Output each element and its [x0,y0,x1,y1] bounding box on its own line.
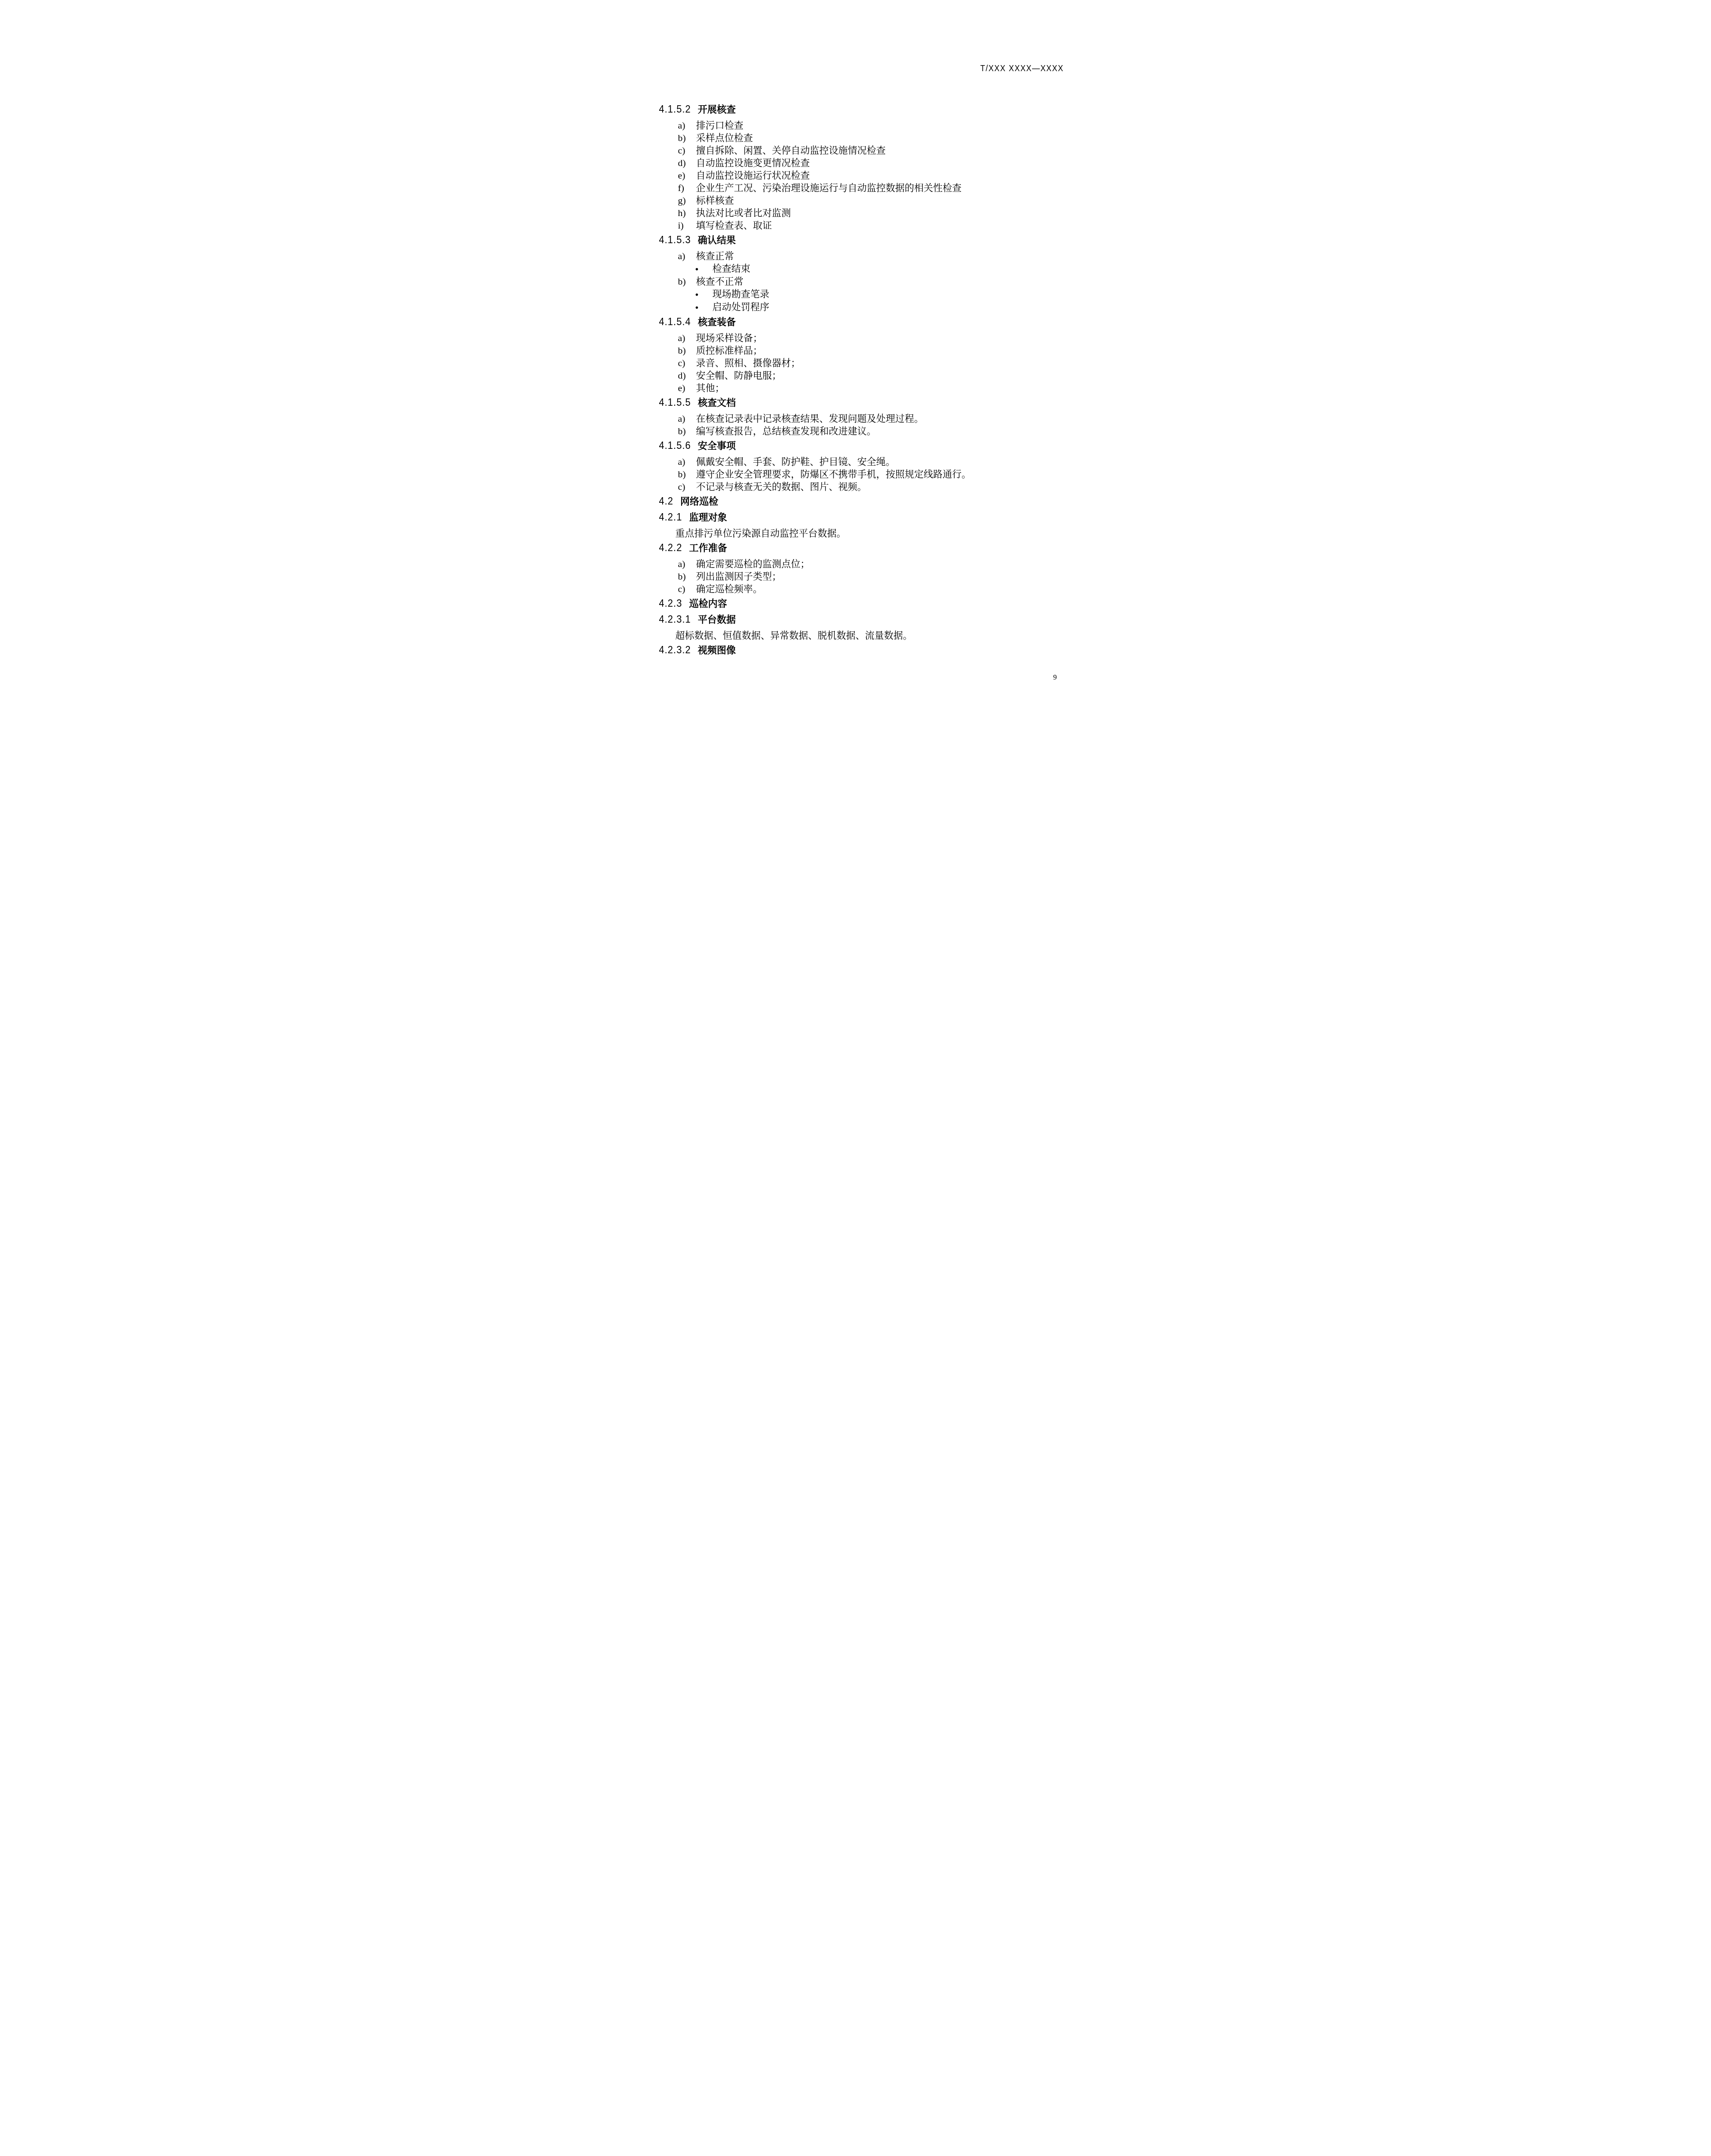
list-item: e)其他； [659,382,1078,394]
clause-number: 4.2 [659,495,674,508]
bullet-item: ●现场勘查笔录 [659,288,1078,301]
clause-heading-423: 4.2.3巡检内容 [659,597,1078,610]
list-item-label: i) [678,219,696,232]
list-item-label: e) [678,382,696,394]
list-item-label: a) [678,332,696,344]
clause-heading-4155: 4.1.5.5核查文档 [659,396,1078,409]
bullet-icon: ● [695,288,713,301]
list-item-text: 自动监控设施运行状况检查 [696,170,810,181]
clause-title: 开展核查 [698,104,736,115]
clause-number: 4.1.5.5 [659,396,691,409]
clause-number: 4.2.3.1 [659,613,691,626]
list-item: a)确定需要巡检的监测点位； [659,558,1078,570]
list-item: b)核查不正常 [659,275,1078,288]
bullet-item-text: 现场勘查笔录 [713,288,769,299]
clause-number: 4.1.5.6 [659,439,691,452]
list-item-text: 确定需要巡检的监测点位； [696,558,810,569]
standard-code: T/XXX XXXX—XXXX [599,63,1064,73]
list-item-label: h) [678,207,696,219]
list-item-label: b) [678,132,696,144]
list-item: a)在核查记录表中记录核查结果、发现问题及处理过程。 [659,412,1078,425]
bullet-icon: ● [695,263,713,275]
bullet-item-text: 启动处罚程序 [713,301,769,312]
list-item-label: g) [678,194,696,207]
list-item: a)核查正常 [659,250,1078,262]
list-item: f)企业生产工况、污染治理设施运行与自动监控数据的相关性检查 [659,182,1078,194]
body-paragraph: 超标数据、恒值数据、异常数据、脱机数据、流量数据。 [659,629,1078,642]
clause-heading-4156: 4.1.5.6安全事项 [659,439,1078,452]
list-item-text: 核查正常 [696,251,734,261]
list-item: d)安全帽、防静电服； [659,369,1078,382]
list-item-text: 安全帽、防静电服； [696,370,782,381]
list-item-label: d) [678,157,696,169]
list-item-label: c) [678,480,696,493]
clause-heading-42: 4.2网络巡检 [659,495,1078,508]
list-item-label: a) [678,412,696,425]
list-item-text: 采样点位检查 [696,132,753,143]
list-item-label: a) [678,250,696,262]
clause-number: 4.1.5.4 [659,315,691,328]
list-item-text: 列出监测因子类型； [696,571,782,582]
clause-title: 平台数据 [698,614,736,625]
clause-heading-4232: 4.2.3.2视频图像 [659,644,1078,656]
list-item-text: 排污口检查 [696,120,744,131]
list-item-text: 录音、照相、摄像器材； [696,357,801,368]
list-item-text: 遵守企业安全管理要求，防爆区不携带手机，按照规定线路通行。 [696,469,971,479]
clause-title: 巡检内容 [689,598,727,609]
list-item-label: a) [678,455,696,468]
clause-number: 4.2.1 [659,511,682,523]
list-item: b)遵守企业安全管理要求，防爆区不携带手机，按照规定线路通行。 [659,468,1078,480]
list-item: c)擅自拆除、闲置、关停自动监控设施情况检查 [659,144,1078,157]
list-item-text: 执法对比或者比对监测 [696,207,791,218]
clause-number: 4.2.2 [659,541,682,554]
list-item-label: a) [678,119,696,132]
list-item: b)质控标准样品； [659,344,1078,357]
body-paragraph: 重点排污单位污染源自动监控平台数据。 [659,527,1078,539]
list-item: i)填写检查表、取证 [659,219,1078,232]
clause-heading-4231: 4.2.3.1平台数据 [659,613,1078,626]
list-item: b)编写核查报告，总结核查发现和改进建议。 [659,425,1078,437]
page-number: 9 [1053,673,1057,682]
list-item-label: d) [678,369,696,382]
list-item-text: 标样核查 [696,195,734,206]
list-item: g)标样核查 [659,194,1078,207]
list-item-text: 不记录与核查无关的数据、图片、视频。 [696,481,867,492]
list-item-label: a) [678,558,696,570]
list-item-text: 质控标准样品； [696,345,763,356]
bullet-item: ●检查结束 [659,262,1078,275]
list-item-text: 擅自拆除、闲置、关停自动监控设施情况检查 [696,145,886,156]
bullet-icon: ● [695,301,713,313]
list-item-label: c) [678,144,696,157]
clause-title: 安全事项 [698,440,736,451]
clause-title: 视频图像 [698,645,736,655]
list-item-text: 编写核查报告，总结核查发现和改进建议。 [696,426,876,436]
list-item: c)录音、照相、摄像器材； [659,357,1078,369]
list-item: a)现场采样设备； [659,332,1078,344]
bullet-item-text: 检查结束 [713,263,751,274]
document-page: T/XXX XXXX—XXXX 4.1.5.2开展核查 a)排污口检查 b)采样… [599,0,1112,726]
list-item-label: b) [678,570,696,583]
clause-heading-4153: 4.1.5.3确认结果 [659,234,1078,246]
clause-title: 网络巡检 [680,496,718,507]
list-item-label: c) [678,583,696,595]
clause-heading-4152: 4.1.5.2开展核查 [659,103,1078,116]
clause-number: 4.1.5.3 [659,233,691,246]
bullet-item: ●启动处罚程序 [659,301,1078,313]
list-item-label: b) [678,468,696,480]
clause-title: 监理对象 [689,512,727,523]
list-item-text: 现场采样设备； [696,332,763,343]
clause-number: 4.1.5.2 [659,103,691,116]
clause-heading-4154: 4.1.5.4核查装备 [659,316,1078,328]
list-item-text: 确定巡检频率。 [696,583,763,594]
clause-number: 4.2.3.2 [659,643,691,656]
list-item-text: 佩戴安全帽、手套、防护鞋、护目镜、安全绳。 [696,456,895,467]
list-item-label: c) [678,357,696,369]
clause-number: 4.2.3 [659,597,682,610]
list-item: d)自动监控设施变更情况检查 [659,157,1078,169]
clause-title: 确认结果 [698,235,736,245]
list-item-label: b) [678,425,696,437]
list-item-label: f) [678,182,696,194]
list-item: b)列出监测因子类型； [659,570,1078,583]
list-item: c)不记录与核查无关的数据、图片、视频。 [659,480,1078,493]
list-item-label: b) [678,344,696,357]
clause-title: 核查装备 [698,317,736,327]
list-item: b)采样点位检查 [659,132,1078,144]
list-item-text: 企业生产工况、污染治理设施运行与自动监控数据的相关性检查 [696,182,962,193]
list-item-text: 填写检查表、取证 [696,220,772,231]
list-item: e)自动监控设施运行状况检查 [659,169,1078,182]
list-item-text: 在核查记录表中记录核查结果、发现问题及处理过程。 [696,413,924,424]
clause-heading-421: 4.2.1监理对象 [659,511,1078,523]
list-item: a)佩戴安全帽、手套、防护鞋、护目镜、安全绳。 [659,455,1078,468]
clause-title: 工作准备 [689,542,727,553]
document-content: 4.1.5.2开展核查 a)排污口检查 b)采样点位检查 c)擅自拆除、闲置、关… [659,101,1078,660]
list-item-text: 自动监控设施变更情况检查 [696,157,810,168]
clause-heading-422: 4.2.2工作准备 [659,542,1078,554]
list-item-text: 其他； [696,382,725,393]
list-item: c)确定巡检频率。 [659,583,1078,595]
list-item: a)排污口检查 [659,119,1078,132]
list-item: h)执法对比或者比对监测 [659,207,1078,219]
list-item-label: b) [678,275,696,288]
list-item-label: e) [678,169,696,182]
clause-title: 核查文档 [698,397,736,408]
list-item-text: 核查不正常 [696,276,744,287]
